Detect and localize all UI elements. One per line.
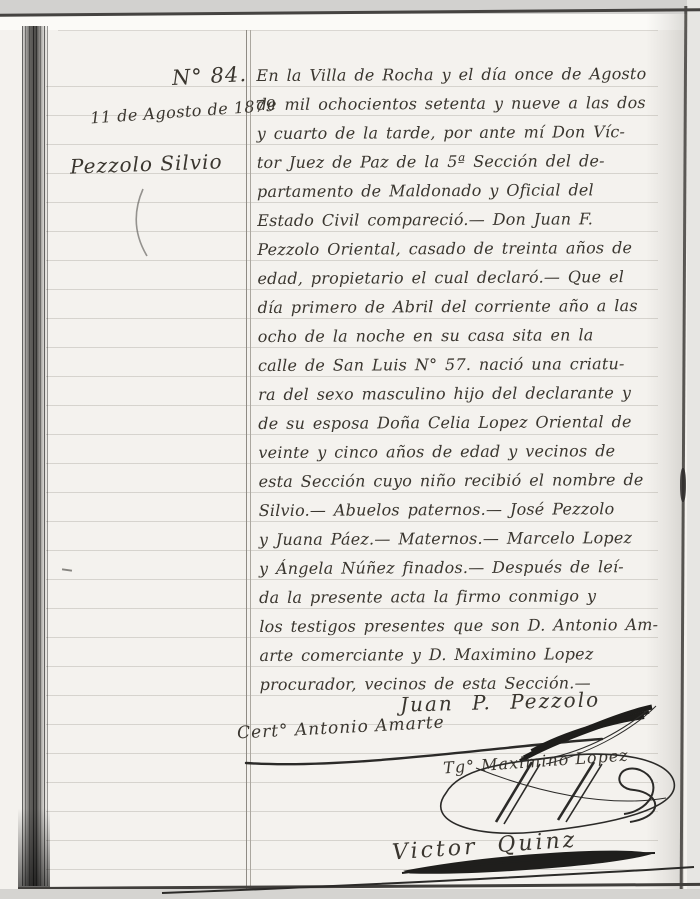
edge-ink-blot <box>680 468 686 502</box>
act-line: Estado Civil compareció.— Don Juan F. <box>257 204 659 235</box>
act-line: arte comerciante y D. Maximino Lopez <box>259 639 661 670</box>
stray-pen-stroke <box>126 186 152 260</box>
act-line: y Ángela Núñez finados.— Después de leí- <box>259 552 661 583</box>
act-line: de su esposa Doña Celia Lopez Oriental d… <box>258 407 660 438</box>
act-line: partamento de Maldonado y Oficial del <box>257 175 659 206</box>
scanned-register-page: N° 84. 11 de Agosto de 1879 Pezzolo Silv… <box>0 0 700 899</box>
act-line: día primero de Abril del corriente año a… <box>258 291 660 322</box>
act-line: de mil ochocientos setenta y nueve a las… <box>256 88 658 119</box>
page-top-margin <box>0 14 700 30</box>
act-line: tor Juez de Paz de la 5ª Sección del de- <box>257 146 659 177</box>
act-line: En la Villa de Rocha y el día once de Ag… <box>256 59 658 90</box>
record-number: N° 84. <box>171 62 247 90</box>
judge-underline-flourish <box>150 845 700 899</box>
binding-gutter-shadow <box>22 26 48 886</box>
scanner-background <box>687 0 700 899</box>
act-line: edad, propietario el cual declaró.— Que … <box>257 262 659 293</box>
rubric-flourish <box>416 748 686 840</box>
act-line: los testigos presentes que son D. Antoni… <box>259 610 661 641</box>
act-line: y Juana Páez.— Maternos.— Marcelo Lopez <box>259 523 661 554</box>
act-line: y cuarto de la tarde, por ante mí Don Ví… <box>257 117 659 148</box>
act-line: ra del sexo masculino hijo del declarant… <box>258 378 660 409</box>
act-line: esta Sección cuyo niño recibió el nombre… <box>258 465 660 496</box>
act-body: En la Villa de Rocha y el día once de Ag… <box>256 59 661 699</box>
act-line: da la presente acta la firmo conmigo y <box>259 581 661 612</box>
act-line: Pezzolo Oriental, casado de treinta años… <box>257 233 659 264</box>
act-line: veinte y cinco años de edad y vecinos de <box>258 436 660 467</box>
binding-shadow-bottom <box>18 808 50 888</box>
act-line: Silvio.— Abuelos paternos.— José Pezzolo <box>259 494 661 525</box>
act-line: calle de San Luis N° 57. nació una criat… <box>258 349 660 380</box>
act-line: ocho de la noche en su casa sita en la <box>258 320 660 351</box>
top-margin-crease <box>58 30 658 31</box>
